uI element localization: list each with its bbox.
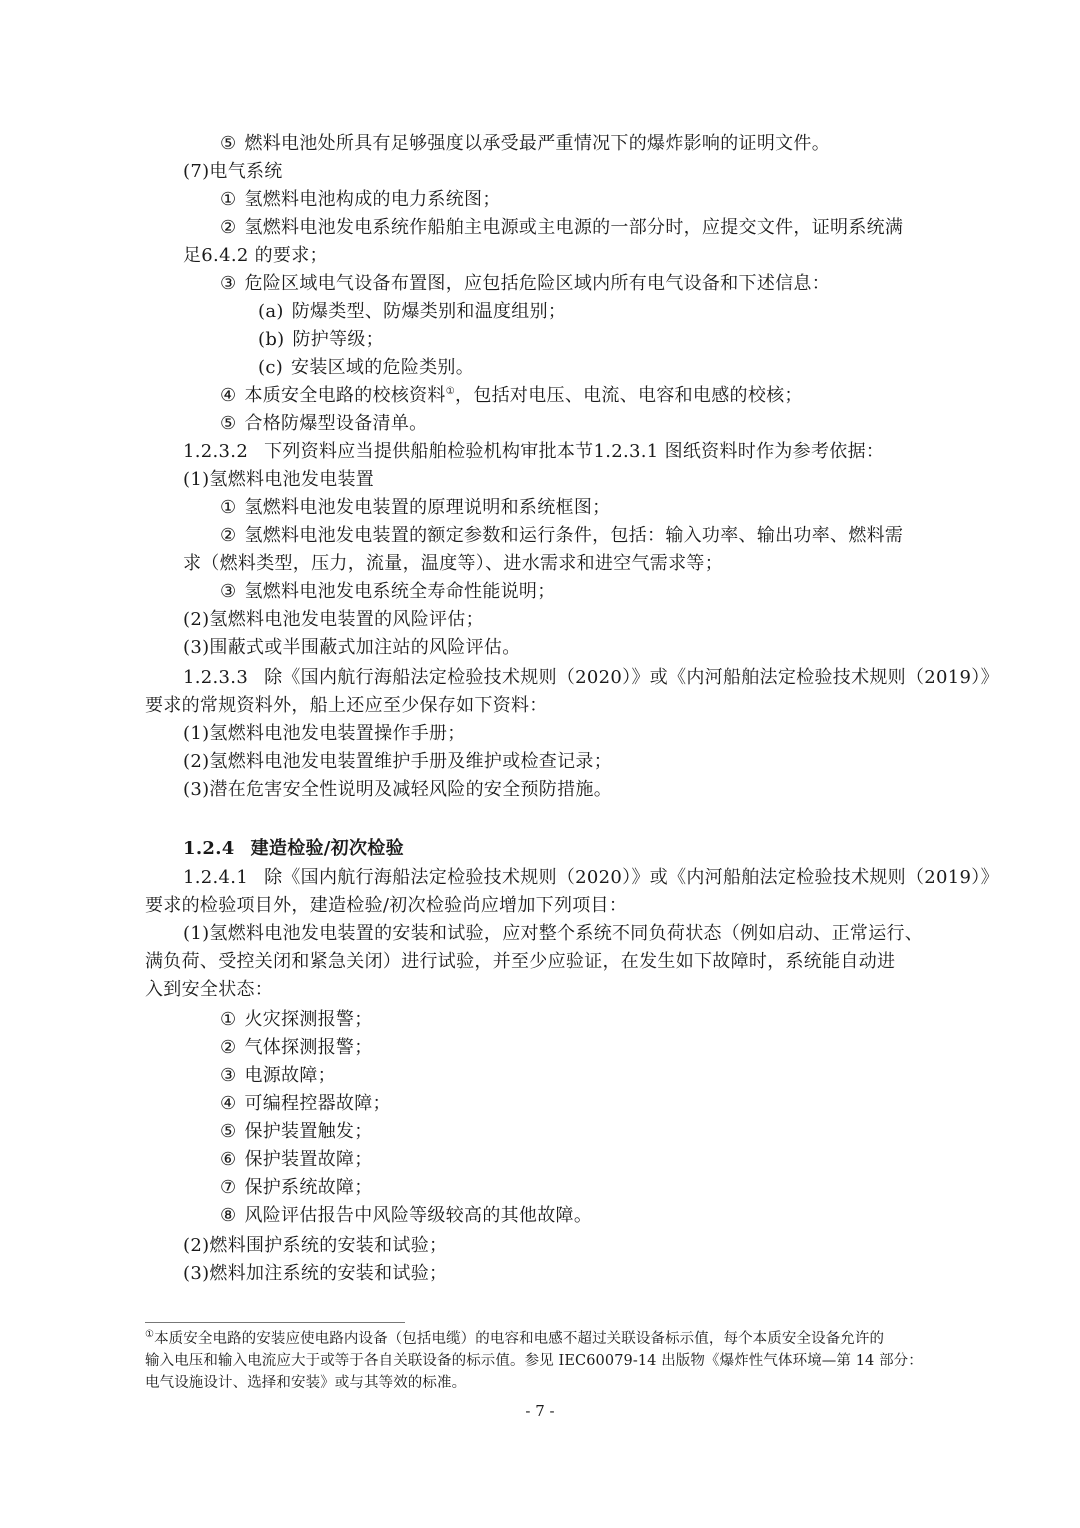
list-marker: ② xyxy=(220,525,236,546)
clause-number: 1.2.4 xyxy=(183,838,235,859)
line-text: 围蔽式或半围蔽式加注站的风险评估。 xyxy=(209,637,520,658)
document-page: ⑤燃料电池处所具有足够强度以承受最严重情况下的爆炸影响的证明文件。(7)电气系统… xyxy=(0,0,1080,1528)
body-line: (2)氢燃料电池发电装置维护手册及维护或检查记录； xyxy=(183,751,612,773)
list-marker: ② xyxy=(220,1037,236,1058)
line-text: 入到安全状态： xyxy=(145,979,273,1000)
line-text: 氢燃料电池发电装置的风险评估； xyxy=(209,609,484,630)
list-marker: ⑤ xyxy=(220,1121,236,1142)
footnote-line-1: ①本质安全电路的安装应使电路内设备（包括电缆）的电容和电感不超过关联设备标示值，… xyxy=(145,1330,884,1348)
footnote-line-3: 电气设施设计、选择和安装》或与其等效的标准。 xyxy=(145,1374,466,1392)
list-marker: ④ xyxy=(220,385,236,406)
line-text: 保护装置故障； xyxy=(244,1149,372,1170)
line-text: 风险评估报告中风险等级较高的其他故障。 xyxy=(244,1205,592,1226)
line-text: 求（燃料类型，压力，流量，温度等）、进水需求和进空气需求等； xyxy=(183,553,723,574)
line-text: 氢燃料电池发电装置维护手册及维护或检查记录； xyxy=(209,751,612,772)
body-line: ⑤合格防爆型设备清单。 xyxy=(220,413,427,435)
body-line: 要求的常规资料外，船上还应至少保存如下资料： xyxy=(145,695,548,717)
line-text: 氢燃料电池发电装置 xyxy=(209,469,374,490)
body-line: (3)燃料加注系统的安装和试验； xyxy=(183,1263,447,1285)
list-marker: (2) xyxy=(183,751,209,772)
body-line: ④本质安全电路的校核资料①，包括对电压、电流、电容和电感的校核； xyxy=(220,385,803,407)
body-line: 满负荷、受控关闭和紧急关闭）进行试验，并至少应验证，在发生如下故障时，系统能自动… xyxy=(145,951,895,973)
body-line: (c)安装区域的危险类别。 xyxy=(258,357,474,379)
list-marker: (c) xyxy=(258,357,283,378)
line-text: 燃料电池处所具有足够强度以承受最严重情况下的爆炸影响的证明文件。 xyxy=(244,133,830,154)
body-line: 足6.4.2 的要求； xyxy=(183,245,328,267)
line-text: 下列资料应当提供船舶检验机构审批本节1.2.3.1 图纸资料时作为参考依据： xyxy=(264,441,884,462)
line-text: 气体探测报警； xyxy=(244,1037,372,1058)
body-line: ③危险区域电气设备布置图，应包括危险区域内所有电气设备和下述信息： xyxy=(220,273,830,295)
line-text: 潜在危害安全性说明及减轻风险的安全预防措施。 xyxy=(209,779,612,800)
list-marker: ⑧ xyxy=(220,1205,236,1226)
line-text: 燃料围护系统的安装和试验； xyxy=(209,1235,447,1256)
list-marker: ① xyxy=(220,497,236,518)
line-text: 危险区域电气设备布置图，应包括危险区域内所有电气设备和下述信息： xyxy=(244,273,830,294)
body-line: (1)氢燃料电池发电装置的安装和试验，应对整个系统不同负荷状态（例如启动、正常运… xyxy=(183,923,923,945)
list-marker: ⑥ xyxy=(220,1149,236,1170)
line-text: 氢燃料电池发电装置的额定参数和运行条件，包括：输入功率、输出功率、燃料需 xyxy=(244,525,903,546)
list-marker: ① xyxy=(220,1009,236,1030)
body-line: (a)防爆类型、防爆类别和温度组别； xyxy=(258,301,566,323)
section-heading: 1.2.4建造检验/初次检验 xyxy=(183,838,404,860)
list-marker: (a) xyxy=(258,301,284,322)
list-marker: (1) xyxy=(183,469,209,490)
body-line: ⑥保护装置故障； xyxy=(220,1149,373,1171)
body-line: ⑧风险评估报告中风险等级较高的其他故障。 xyxy=(220,1205,592,1227)
body-line: 1.2.3.2下列资料应当提供船舶检验机构审批本节1.2.3.1 图纸资料时作为… xyxy=(183,441,884,463)
footnote-text: 本质安全电路的安装应使电路内设备（包括电缆）的电容和电感不超过关联设备标示值，每… xyxy=(154,1331,884,1347)
body-line: 1.2.4.1除《国内航行海船法定检验技术规则（2020）》或《内河船舶法定检验… xyxy=(183,867,999,889)
line-text: 氢燃料电池发电装置的原理说明和系统框图； xyxy=(244,497,610,518)
body-line: ③电源故障； xyxy=(220,1065,336,1087)
body-line: (b)防护等级； xyxy=(258,329,384,351)
line-text: 防护等级； xyxy=(292,329,384,350)
list-marker: (3) xyxy=(183,637,209,658)
line-text: ，包括对电压、电流、电容和电感的校核； xyxy=(455,385,803,406)
footnote-line-2: 输入电压和输入电流应大于或等于各自关联设备的标示值。参见 IEC60079-14… xyxy=(145,1352,923,1370)
list-marker: ⑦ xyxy=(220,1177,236,1198)
footnote-reference[interactable]: ① xyxy=(446,386,455,397)
body-line: (3)围蔽式或半围蔽式加注站的风险评估。 xyxy=(183,637,521,659)
body-line: ②氢燃料电池发电装置的额定参数和运行条件，包括：输入功率、输出功率、燃料需 xyxy=(220,525,903,547)
list-marker: (2) xyxy=(183,1235,209,1256)
body-line: ①火灾探测报警； xyxy=(220,1009,373,1031)
line-text: 氢燃料电池发电装置操作手册； xyxy=(209,723,465,744)
body-line: (2)燃料围护系统的安装和试验； xyxy=(183,1235,447,1257)
clause-number: 1.2.4.1 xyxy=(183,867,248,888)
list-marker: (2) xyxy=(183,609,209,630)
body-line: 求（燃料类型，压力，流量，温度等）、进水需求和进空气需求等； xyxy=(183,553,723,575)
footnote-divider xyxy=(145,1322,405,1323)
line-text: 保护装置触发； xyxy=(244,1121,372,1142)
body-line: 1.2.3.3除《国内航行海船法定检验技术规则（2020）》或《内河船舶法定检验… xyxy=(183,667,999,689)
line-text: 合格防爆型设备清单。 xyxy=(244,413,427,434)
body-line: ①氢燃料电池构成的电力系统图； xyxy=(220,189,501,211)
line-text: 氢燃料电池发电系统全寿命性能说明； xyxy=(244,581,555,602)
body-line: ⑦保护系统故障； xyxy=(220,1177,373,1199)
list-marker: ⑤ xyxy=(220,133,236,154)
list-marker: ⑤ xyxy=(220,413,236,434)
body-line: ⑤燃料电池处所具有足够强度以承受最严重情况下的爆炸影响的证明文件。 xyxy=(220,133,830,155)
clause-number: 1.2.3.3 xyxy=(183,667,248,688)
line-text: 电气系统 xyxy=(209,161,282,182)
body-line: ③氢燃料电池发电系统全寿命性能说明； xyxy=(220,581,556,603)
line-text: 防爆类型、防爆类别和温度组别； xyxy=(292,301,567,322)
line-text: 安装区域的危险类别。 xyxy=(291,357,474,378)
line-text: 电源故障； xyxy=(244,1065,336,1086)
list-marker: (3) xyxy=(183,779,209,800)
page-number: - 7 - xyxy=(0,1402,1080,1420)
list-marker: (1) xyxy=(183,723,209,744)
line-text: 燃料加注系统的安装和试验； xyxy=(209,1263,447,1284)
list-marker: ① xyxy=(220,189,236,210)
line-text: 可编程控器故障； xyxy=(244,1093,390,1114)
line-text: 要求的检验项目外，建造检验/初次检验尚应增加下列项目： xyxy=(145,895,627,916)
line-text: 氢燃料电池构成的电力系统图； xyxy=(244,189,500,210)
body-line: ②氢燃料电池发电系统作船舶主电源或主电源的一部分时，应提交文件，证明系统满 xyxy=(220,217,903,239)
line-text: 要求的常规资料外，船上还应至少保存如下资料： xyxy=(145,695,548,716)
body-line: ②气体探测报警； xyxy=(220,1037,373,1059)
list-marker: (3) xyxy=(183,1263,209,1284)
body-line: (1)氢燃料电池发电装置 xyxy=(183,469,374,491)
body-line: (2)氢燃料电池发电装置的风险评估； xyxy=(183,609,484,631)
footnote-marker: ① xyxy=(145,1329,154,1340)
body-line: (3)潜在危害安全性说明及减轻风险的安全预防措施。 xyxy=(183,779,612,801)
line-text: 本质安全电路的校核资料 xyxy=(244,385,445,406)
line-text: 足6.4.2 的要求； xyxy=(183,245,328,266)
body-line: ⑤保护装置触发； xyxy=(220,1121,373,1143)
body-line: ①氢燃料电池发电装置的原理说明和系统框图； xyxy=(220,497,610,519)
line-text: 除《国内航行海船法定检验技术规则（2020）》或《内河船舶法定检验技术规则（20… xyxy=(264,667,999,688)
body-line: (7)电气系统 xyxy=(183,161,283,183)
line-text: 氢燃料电池发电系统作船舶主电源或主电源的一部分时，应提交文件，证明系统满 xyxy=(244,217,903,238)
body-line: ④可编程控器故障； xyxy=(220,1093,391,1115)
body-line: 要求的检验项目外，建造检验/初次检验尚应增加下列项目： xyxy=(145,895,627,917)
line-text: 保护系统故障； xyxy=(244,1177,372,1198)
list-marker: (1) xyxy=(183,923,209,944)
list-marker: ④ xyxy=(220,1093,236,1114)
clause-number: 1.2.3.2 xyxy=(183,441,248,462)
list-marker: (7) xyxy=(183,161,209,182)
line-text: 除《国内航行海船法定检验技术规则（2020）》或《内河船舶法定检验技术规则（20… xyxy=(264,867,999,888)
line-text: 建造检验/初次检验 xyxy=(251,838,404,859)
body-line: 入到安全状态： xyxy=(145,979,273,1001)
list-marker: ② xyxy=(220,217,236,238)
body-line: (1)氢燃料电池发电装置操作手册； xyxy=(183,723,466,745)
line-text: 满负荷、受控关闭和紧急关闭）进行试验，并至少应验证，在发生如下故障时，系统能自动… xyxy=(145,951,895,972)
list-marker: ③ xyxy=(220,1065,236,1086)
line-text: 氢燃料电池发电装置的安装和试验，应对整个系统不同负荷状态（例如启动、正常运行、 xyxy=(209,923,923,944)
line-text: 火灾探测报警； xyxy=(244,1009,372,1030)
list-marker: ③ xyxy=(220,273,236,294)
list-marker: ③ xyxy=(220,581,236,602)
list-marker: (b) xyxy=(258,329,284,350)
